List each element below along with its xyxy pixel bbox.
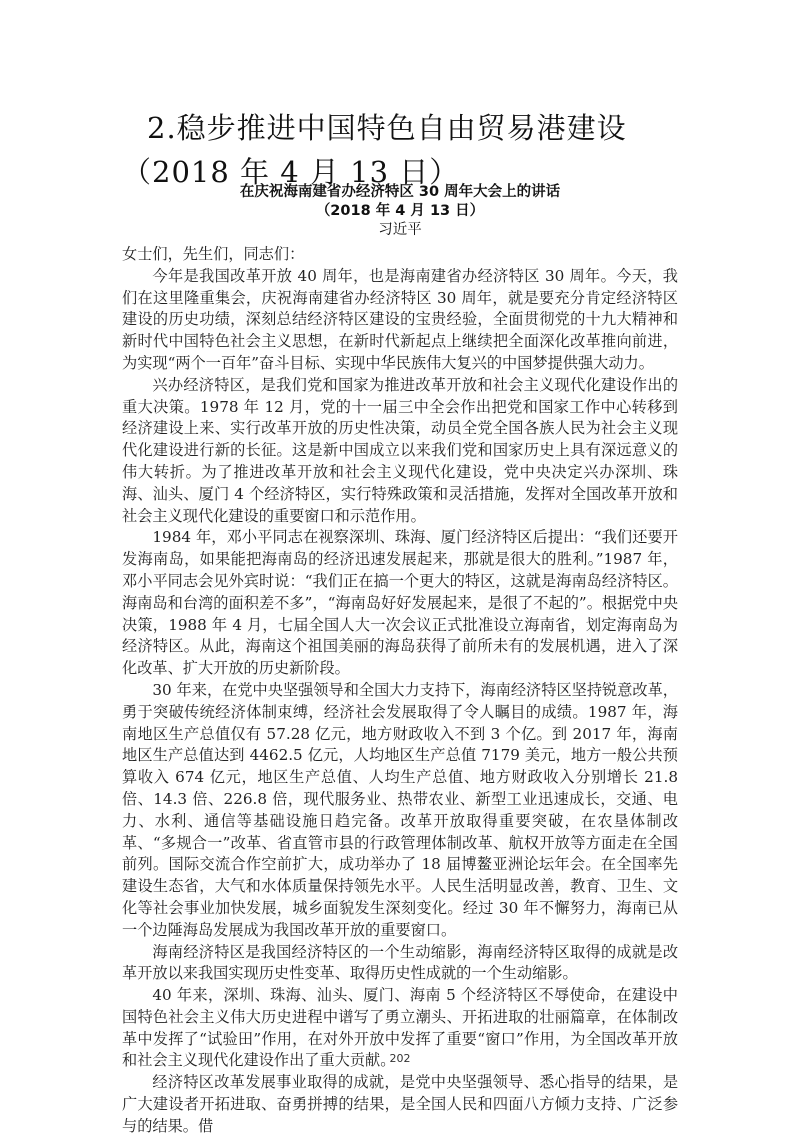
paragraph: 30 年来，在党中央坚强领导和全国大力支持下，海南经济特区坚持锐意改革，勇于突破… (122, 680, 678, 942)
speech-date: （2018 年 4 月 13 日） (122, 202, 678, 221)
document-page: 2.稳步推进中国特色自由贸易港建设（2018 年 4 月 13 日） 在庆祝海南… (0, 0, 800, 1133)
page-number: 202 (0, 1052, 800, 1065)
paragraph: 经济特区改革发展事业取得的成就，是党中央坚强领导、悉心指导的结果，是广大建设者开… (122, 1072, 678, 1133)
paragraph: 今年是我国改革开放 40 周年，也是海南建省办经济特区 30 周年。今天，我们在… (122, 266, 678, 375)
salutation: 女士们，先生们，同志们： (122, 244, 678, 266)
section-title: 2.稳步推进中国特色自由贸易港建设（2018 年 4 月 13 日） (122, 106, 682, 194)
speech-speaker: 习近平 (122, 221, 678, 240)
speech-title: 在庆祝海南建省办经济特区 30 周年大会上的讲话 (122, 183, 678, 202)
paragraph: 1984 年，邓小平同志在视察深圳、珠海、厦门经济特区后提出：“我们还要开发海南… (122, 527, 678, 680)
speech-body: 女士们，先生们，同志们： 今年是我国改革开放 40 周年，也是海南建省办经济特区… (122, 244, 678, 1133)
speech-header: 在庆祝海南建省办经济特区 30 周年大会上的讲话 （2018 年 4 月 13 … (122, 183, 678, 240)
paragraph: 海南经济特区是我国经济特区的一个生动缩影，海南经济特区取得的成就是改革开放以来我… (122, 942, 678, 986)
paragraph: 兴办经济特区，是我们党和国家为推进改革开放和社会主义现代化建设作出的重大决策。1… (122, 375, 678, 528)
